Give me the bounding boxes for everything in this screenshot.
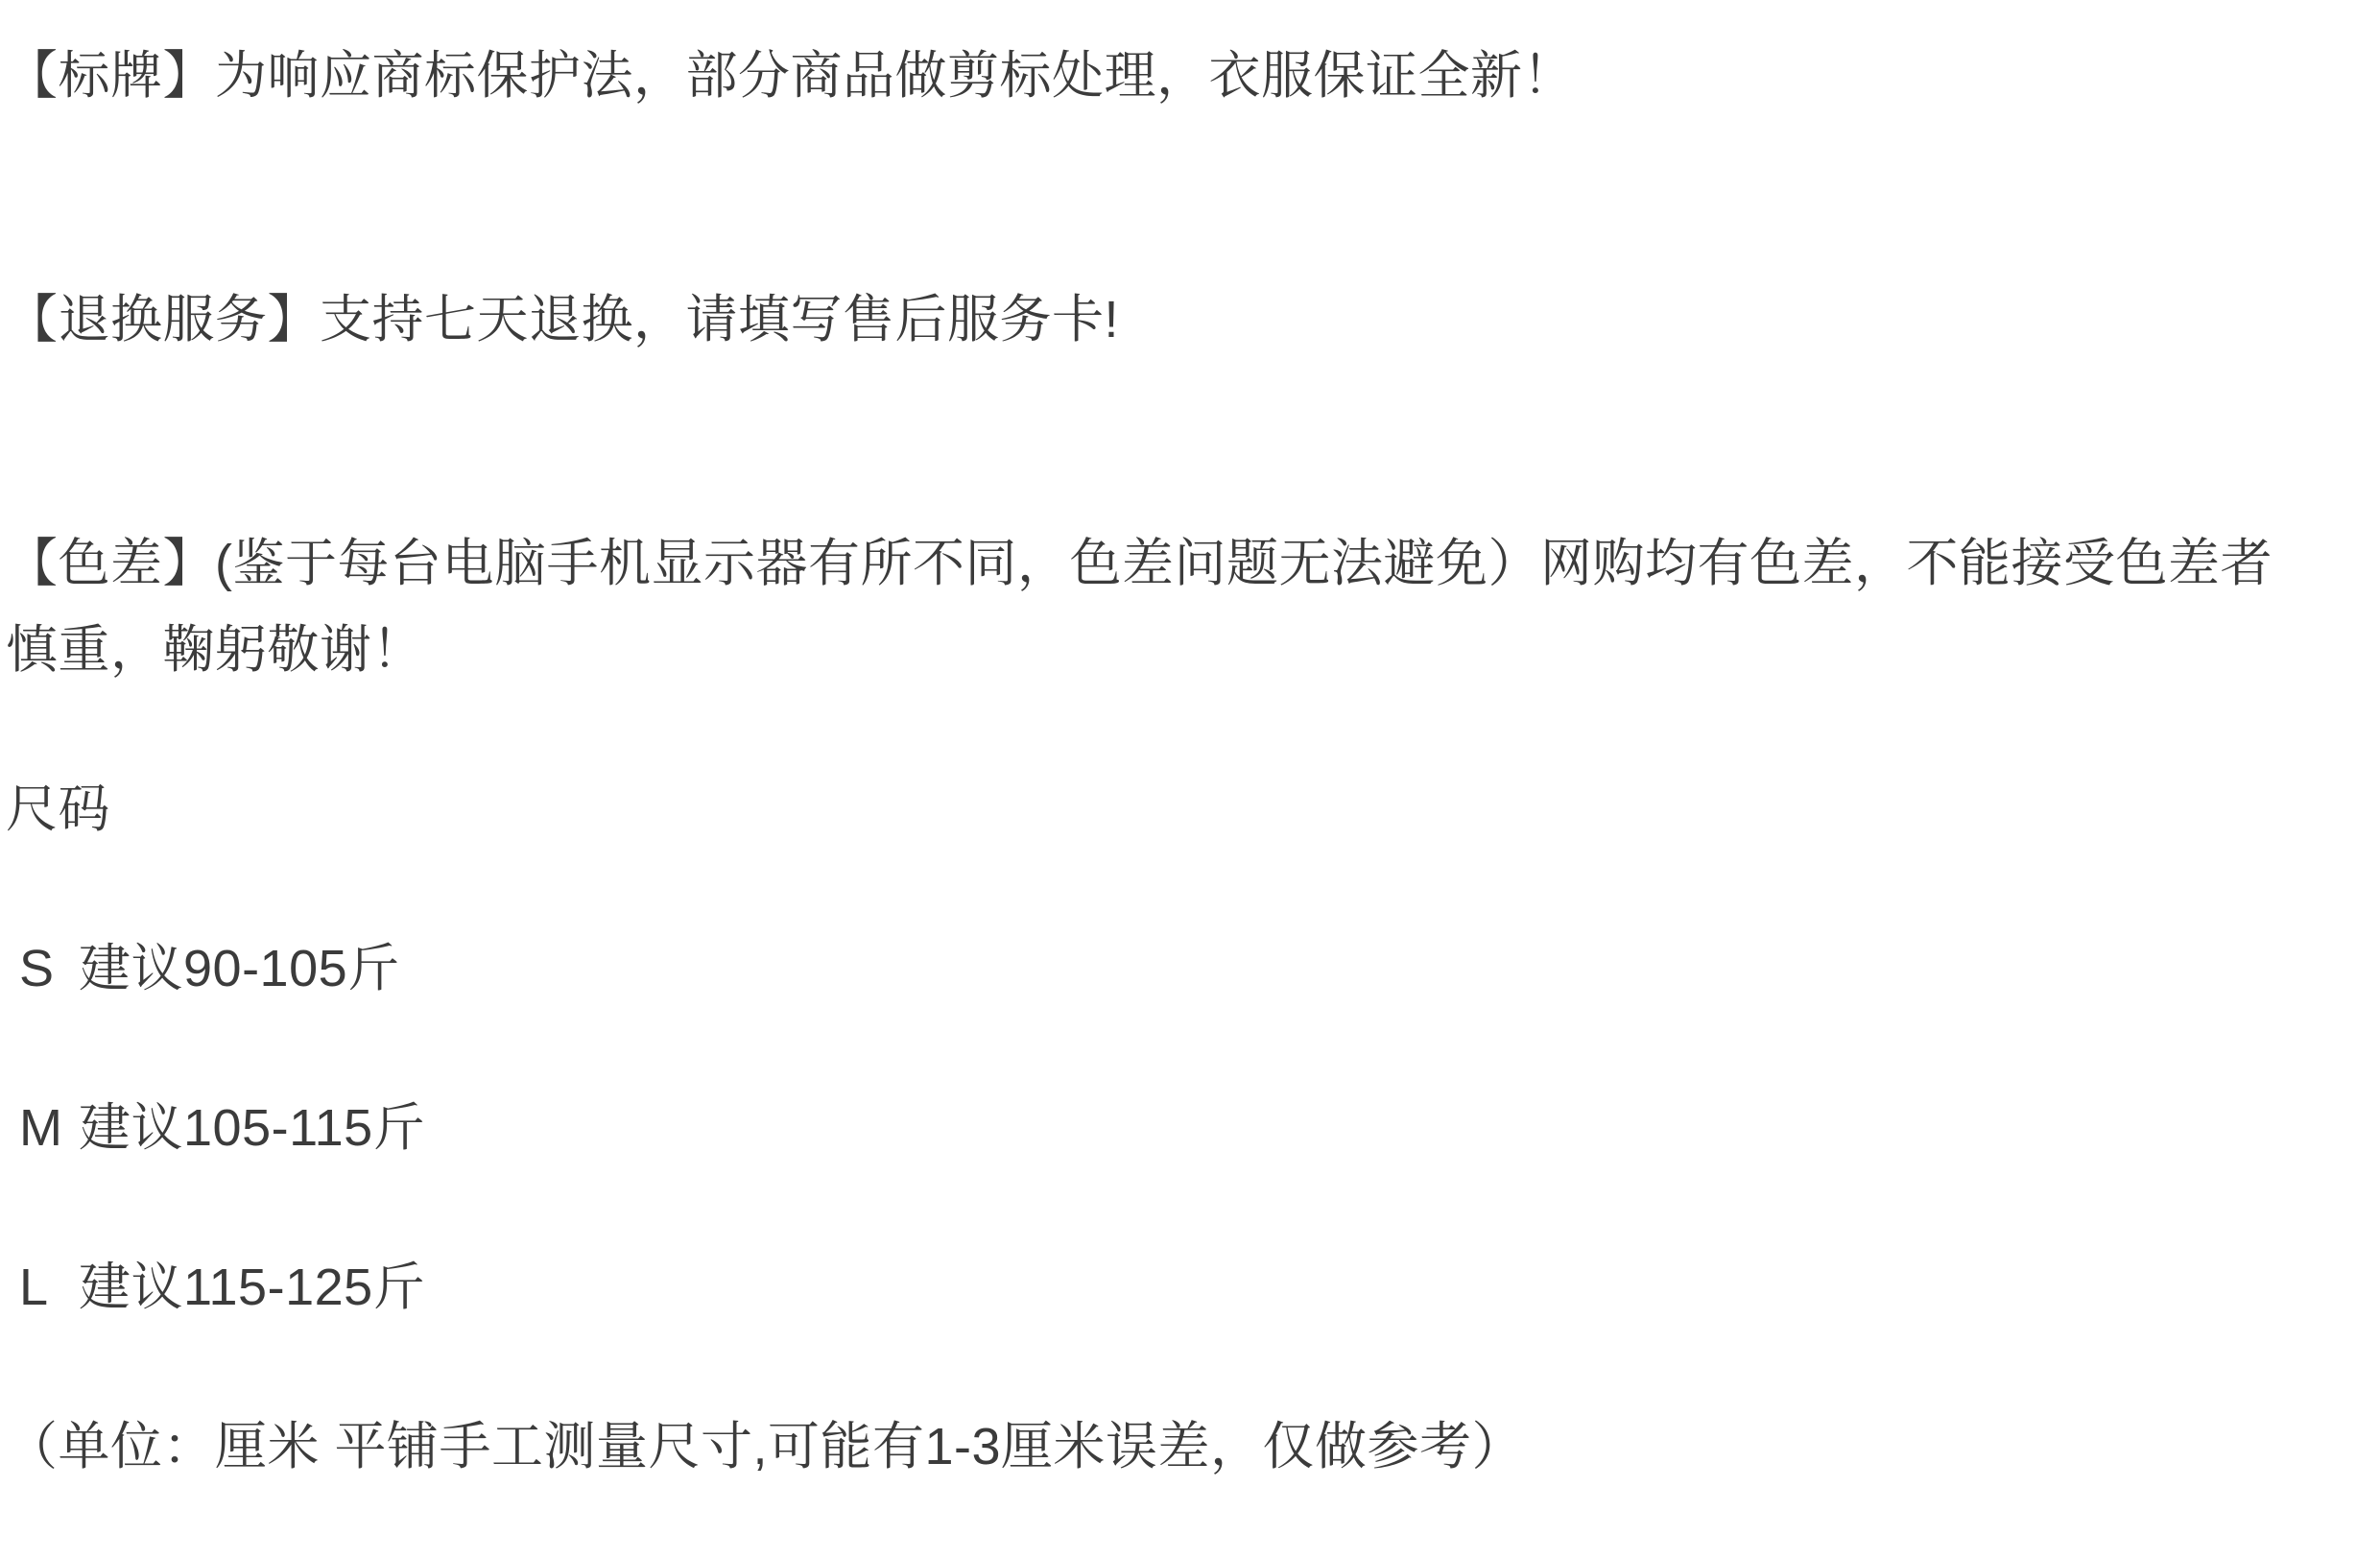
notice-label-cutting: 【标牌】为响应商标保护法，部分商品做剪标处理，衣服保证全新！ (6, 33, 2303, 119)
size-label-s: S (19, 925, 79, 1012)
product-description: 【标牌】为响应商标保护法，部分商品做剪标处理，衣服保证全新！ 【退换服务】支持七… (0, 0, 2303, 1490)
notice-return-service: 【退换服务】支持七天退换，请填写售后服务卡! (6, 276, 2303, 363)
size-section-heading: 尺码 (6, 766, 2303, 852)
size-recommendation-s: 建议90-105斤 (79, 940, 400, 997)
size-row-s: S建议90-105斤 (6, 925, 2303, 1012)
size-label-l: L (19, 1244, 79, 1331)
size-unit-note: （单位：厘米 平铺手工测量尺寸,可能有1-3厘米误差，仅做参考） (6, 1403, 2303, 1490)
size-recommendation-l: 建议115-125斤 (79, 1259, 425, 1316)
size-row-l: L建议115-125斤 (6, 1244, 2303, 1331)
notice-color-difference: 【色差】(鉴于每台电脑手机显示器有所不同，色差问题无法避免）网购均有色差，不能接… (6, 520, 2303, 693)
size-recommendation-m: 建议105-115斤 (79, 1099, 425, 1157)
size-label-m: M (19, 1085, 79, 1171)
size-row-m: M建议105-115斤 (6, 1085, 2303, 1171)
